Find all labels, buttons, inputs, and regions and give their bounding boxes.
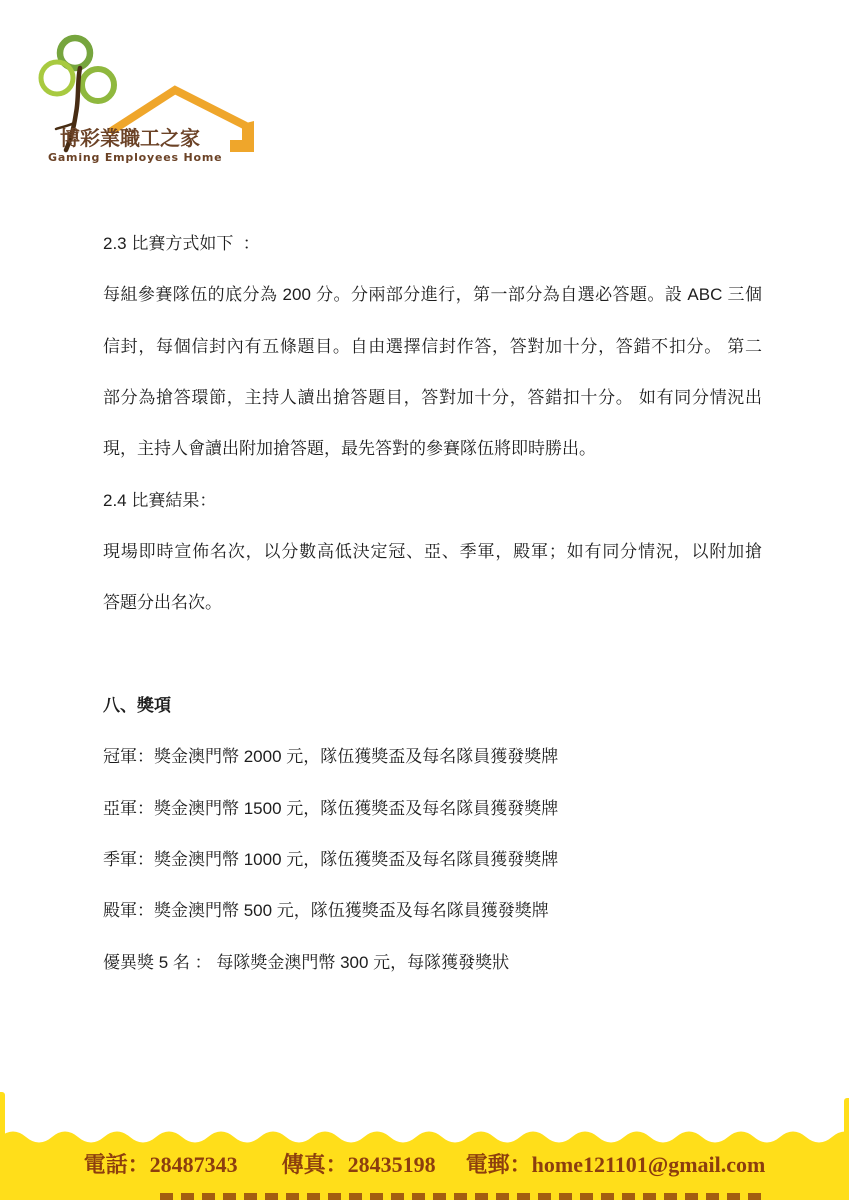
body-line-section-2-4: 2.4 比賽結果： [103,475,762,526]
logo-title-zh: 博彩業職工之家 [60,122,220,151]
prize-line-third: 季軍：獎金澳門幣 1000 元，隊伍獲獎盃及每名隊員獲發獎牌 [103,834,762,885]
document-page: 博彩業職工之家 Gaming Employees Home 2.3 比賽方式如下… [0,0,849,1200]
body-line-section-2-3: 2.3 比賽方式如下 ： [103,218,762,269]
body-line: 每組參賽隊伍的底分為 200 分。分兩部分進行，第一部分為自選必答題。設 ABC… [103,269,762,320]
logo-title-en: Gaming Employees Home [48,151,248,164]
section-heading-prizes: 八、獎項 [103,680,762,731]
blank-line [103,629,762,680]
body-line: 現，主持人會讀出附加搶答題，最先答對的參賽隊伍將即時勝出。 [103,423,762,474]
prize-line-champion: 冠軍：獎金澳門幣 2000 元，隊伍獲獎盃及每名隊員獲發獎牌 [103,731,762,782]
footer-email: 電郵：home121101@gmail.com [466,1148,766,1179]
body-line: 答題分出名次。 [103,577,762,628]
prize-line-runner-up: 亞軍：獎金澳門幣 1500 元，隊伍獲獎盃及每名隊員獲發獎牌 [103,783,762,834]
footer-fax: 傳真：28435198 [282,1148,436,1179]
body-line: 部分為搶答環節，主持人讀出搶答題目，答對加十分，答錯扣十分。 如有同分情況出 [103,372,762,423]
document-body: 2.3 比賽方式如下 ： 每組參賽隊伍的底分為 200 分。分兩部分進行，第一部… [103,218,762,988]
body-line: 現場即時宣佈名次，以分數高低決定冠、亞、季軍，殿軍；如有同分情況，以附加搶 [103,526,762,577]
address-line-partial [160,1193,767,1200]
footer-phone: 電話：28487343 [84,1148,238,1179]
prize-line-merit: 優異獎 5 名 ： 每隊獎金澳門幣 300 元，每隊獲發獎狀 [103,937,762,988]
footer-contact: 電話：28487343 傳真：28435198 電郵：home121101@gm… [0,1148,849,1179]
logo: 博彩業職工之家 Gaming Employees Home [0,0,300,200]
body-line: 信封，每個信封內有五條題目。自由選擇信封作答，答對加十分，答錯不扣分。 第二 [103,321,762,372]
prize-line-fourth: 殿軍：獎金澳門幣 500 元，隊伍獲獎盃及每名隊員獲發獎牌 [103,885,762,936]
